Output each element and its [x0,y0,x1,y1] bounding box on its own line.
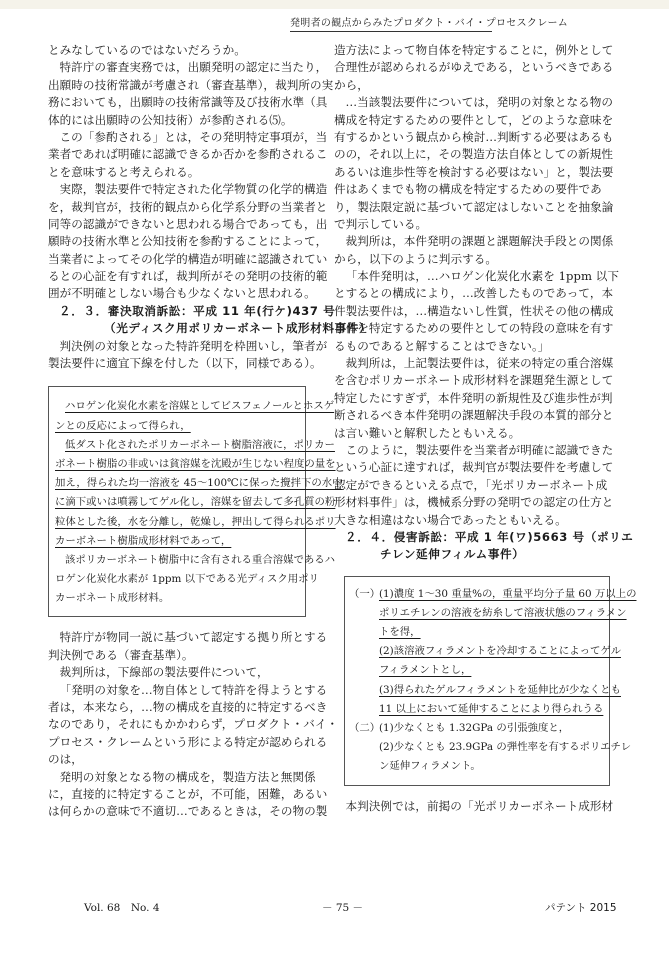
text-line: から，以下のように判示する。 [334,251,610,268]
text-line: 囲が不明確としない場合も少なくないと思われる。 [48,285,306,302]
text-line: 認定ができるといえる点で，「光ポリカーボネート成 [334,477,610,494]
claim-line: (2)該溶液フィラメントを冷却することによってゲル [379,642,636,661]
text-line: 形材料事件」は，機械系分野の発明での認定の仕方と [334,494,610,511]
claim-line: ン延伸フィラメント。 [379,757,631,776]
text-line: に滴下或いは噴霧してゲル化し，溶媒を留去して多孔質の粉 [55,493,299,512]
claim-line: ポリエチレンの溶液を紡糸して溶液状態のフィラメン [379,604,636,623]
text-line: 業者であれば明確に認識できるか否かを参酌されるこ [48,146,306,163]
underlined-text: ハロゲン化炭化水素を溶媒としてビスフェノールとホスゲ [65,400,334,412]
claim-line: (1)少なくとも 1.32GPa の引張強度と， [379,719,631,738]
claim-line: (1)濃度 1～30 重量%の，重量平均分子量 60 万以上の [379,585,636,604]
underlined-text: (1)濃度 1～30 重量%の，重量平均分子量 60 万以上の [379,588,636,600]
footer-journal: パテント 2015 [545,900,617,915]
text-line: 裁判所は，上記製法要件は，従来の特定の重合溶媒 [334,355,610,372]
text-line: のは， [48,751,306,768]
text-line: とするとの構成により，…改善したものであって，本 [334,285,610,302]
text-line: 出願時の技術常識が考慮され（審査基準），裁判所の実 [48,77,306,94]
claim-line: フィラメントとし， [379,661,636,680]
underlined-text: フィラメントとし， [379,664,471,676]
text-line: 判決例の対象となった特許発明を枠囲いし，筆者が [48,338,306,355]
text-line: るとの心証を有すれば，裁判所がその発明の技術的範 [48,268,306,285]
text-line: 同等の認識ができないと思われる場合であっても，出 [48,216,306,233]
left-paragraphs-before-heading: とみなしているのではないだろうか。特許庁の審査実務では，出願発明の認定に当たり，… [48,42,306,303]
underlined-text: に滴下或いは噴霧してゲル化し，溶媒を留去して多孔質の粉 [55,496,335,508]
claim-line: トを得， [379,623,636,642]
text-line: あるいは進歩性等を検討する必要はない」と，製法要 [334,164,610,181]
text-line: ボネート樹脂の非或いは貧溶媒を沈殿が生じない程度の量を [55,455,299,474]
text-line: 発明の対象となる物の構成を，製造方法と無関係 [48,769,306,786]
text-line: このように，製法要件を当業者が明確に認識できた [334,442,610,459]
text-line: 構成を特定するための要件として，どのような意味を [334,112,610,129]
underlined-text: 加え，得られた均一溶液を 45～100℃に保った攪拌下の水中 [55,477,343,489]
claim-group-body: (1)濃度 1～30 重量%の，重量平均分子量 60 万以上のポリエチレンの溶液… [379,585,636,719]
claim-box-polycarbonate: ハロゲン化炭化水素を溶媒としてビスフェノールとホスゲンとの反応によって得られ，低… [48,386,306,617]
text-line: カーボネート樹脂成形材料であって， [55,532,299,551]
section-heading-2-3-line2: （光ディスク用ポリカーボネート成形材料事件） [48,320,306,337]
text-line: のの，それ以上に，その製造方法自体としての新規性 [334,146,610,163]
text-line: 合理性が認められるがゆえである，というべきである [334,59,610,76]
left-paragraphs-after-heading: 判決例の対象となった特許発明を枠囲いし，筆者が製法要件に適宜下線を付した（以下，… [48,338,306,373]
text-line: 自体を特定するための要件としての特段の意味を有す [334,320,610,337]
text-line: 製法要件に適宜下線を付した（以下，同様である）。 [48,355,306,372]
underlined-text: (2)該溶液フィラメントを冷却することによってゲル [379,645,621,657]
text-line: この「参酌される」とは，その発明特定事項が，当 [48,129,306,146]
text-line: とを意味すると考えられる。 [48,164,306,181]
claim-box-polyethylene: （一）(1)濃度 1～30 重量%の，重量平均分子量 60 万以上のポリエチレン… [344,576,610,786]
text-line: 粒体とした後，水を分離し，乾燥し，押出して得られるポリ [55,513,299,532]
claim-line: 11 以上において延伸することにより得られうる [379,700,636,719]
text-line: 「発明の対象を…物自体として特許を得ようとする [48,682,306,699]
text-line: り，製法限定説に基づいて認定はしないことを抽象論 [334,199,610,216]
text-line: 裁判所は，本件発明の課題と課題解決手段との関係 [334,233,610,250]
claim-group-body: (1)少なくとも 1.32GPa の引張強度と，(2)少なくとも 23.9GPa… [379,719,631,777]
left-paragraphs-after-box: 特許庁が物同一説に基づいて認定する拠り所とする判決例である（審査基準）。裁判所は… [48,629,306,820]
text-line: 低ダスト化されたポリカーボネート樹脂溶液に，ポリカー [55,436,299,455]
left-column: とみなしているのではないだろうか。特許庁の審査実務では，出願発明の認定に当たり，… [48,42,306,821]
section-heading-2-3-line1: ２．３．審決取消訴訟：平成 11 年(行ケ)437 号 [48,303,306,320]
text-line: 造方法によって物自体を特定することに，例外として [334,42,610,59]
text-line: は言い難いと解釈したともいえる。 [334,425,610,442]
claim-line: (3)得られたゲルフィラメントを延伸比が少なくとも [379,681,636,700]
text-line: 実際，製法要件で特定された化学物質の化学的構造 [48,181,306,198]
text-line: 特許庁の審査実務では，出願発明の認定に当たり， [48,59,306,76]
text-line: カーボネート成形材料。 [55,589,299,608]
page-top-strip [0,0,669,9]
text-line: は何らかの意味で不適切…であるときは，その物の製 [48,803,306,820]
text-line: プロセス・クレームという形による特定が認められる [48,734,306,751]
claim-box-lines: ハロゲン化炭化水素を溶媒としてビスフェノールとホスゲンとの反応によって得られ，低… [55,397,299,608]
text-line: に，直接的に特定することが，不可能，困難，あるい [48,786,306,803]
text-line: 者は，本来なら，…物の構成を直接的に特定するべき [48,699,306,716]
text-line: 特定したにすぎず，本件発明の新規性及び進歩性が判 [334,390,610,407]
claim-group-label: （二） [349,719,379,777]
text-line: 大きな相違はない場合であったともいえる。 [334,512,610,529]
text-line: 件製法要件は，…構造ないし性質，性状その他の構成 [334,303,610,320]
text-line: 有するかという観点から検討…判断する必要はあるも [334,129,610,146]
right-column: 造方法によって物自体を特定することに，例外として合理性が認められるがゆえである，… [334,42,610,815]
text-line: 断されるべき本件発明の課題解決手段の本質的部分と [334,407,610,424]
text-line: なのであり，それにもかかわらず，プロダクト・バイ・ [48,716,306,733]
text-line: 願時の技術水準と公知技術を参酌することによって， [48,233,306,250]
text-line: を，裁判官が，技術的観点から化学系分野の当業者と [48,199,306,216]
underlined-text: 粒体とした後，水を分離し，乾燥し，押出して得られるポリ [55,516,336,528]
text-line: という心証に達すれば，裁判官が製法要件を考慮して [334,459,610,476]
underlined-text: 11 以上において延伸することにより得られうる [379,703,603,715]
text-line: ンとの反応によって得られ， [55,417,299,436]
section-heading-2-4-line2: チレン延伸フィルム事件） [334,546,610,563]
underlined-text: (3)得られたゲルフィラメントを延伸比が少なくとも [379,684,621,696]
right-paragraphs-before-heading: 造方法によって物自体を特定することに，例外として合理性が認められるがゆえである，… [334,42,610,529]
text-line: を含むポリカーボネート成形材料を課題発生源として [334,372,610,389]
underlined-text: ボネート樹脂の非或いは貧溶媒を沈殿が生じない程度の量を [55,458,336,470]
claim-line: (2)少なくとも 23.9GPa の弾性率を有するポリエチレ [379,738,631,757]
text-line: 体的には出願時の公知技術）が参酌される⑸。 [48,112,306,129]
text-line: 特許庁が物同一説に基づいて認定する拠り所とする [48,629,306,646]
claim-group-label: （一） [349,585,379,719]
claim-group: （二）(1)少なくとも 1.32GPa の引張強度と，(2)少なくとも 23.9… [349,719,603,777]
text-line: 当業者によってその化学的構造が明確に認識されてい [48,251,306,268]
text-line: 該ポリカーボネート樹脂中に含有される重合溶媒であるハ [55,551,299,570]
claim-group: （一）(1)濃度 1～30 重量%の，重量平均分子量 60 万以上のポリエチレン… [349,585,603,719]
text-line: から， [334,77,610,94]
text-line: ロゲン化炭化水素が 1ppm 以下である光ディスク用ポリ [55,570,299,589]
text-line: るものであると解することはできない。」 [334,338,610,355]
text-line: …当該製法要件については，発明の対象となる物の [334,94,610,111]
underlined-text: 低ダスト化されたポリカーボネート樹脂溶液に，ポリカー [65,439,335,451]
underlined-text: ンとの反応によって得られ， [55,420,191,432]
underlined-text: ポリエチレンの溶液を紡糸して溶液状態のフィラメン [379,607,627,619]
running-header: 発明者の観点からみたプロダクト・バイ・プロセスクレーム [290,14,492,32]
underlined-text: トを得， [379,626,421,638]
footer-volume: Vol. 68 No. 4 [84,900,160,915]
text-line: 加え，得られた均一溶液を 45～100℃に保った攪拌下の水中 [55,474,299,493]
text-line: 本判決例では，前掲の「光ポリカーボネート成形材 [334,798,610,815]
text-line: 裁判所は，下線部の製法要件について， [48,664,306,681]
section-heading-2-4-line1: ２．４．侵害訴訟：平成 1 年(ワ)5663 号（ポリエ [334,529,610,546]
right-paragraphs-after-box: 本判決例では，前掲の「光ポリカーボネート成形材 [334,798,610,815]
claim-box-groups: （一）(1)濃度 1～30 重量%の，重量平均分子量 60 万以上のポリエチレン… [349,585,603,777]
underlined-text: カーボネート樹脂成形材料であって， [55,535,231,547]
text-line: 件はあくまでも物の構成を特定するための要件であ [334,181,610,198]
text-line: で判示している。 [334,216,610,233]
footer-page-number: － 75 － [322,900,363,915]
text-line: 務においても，出願時の技術常識等及び技術水準（具 [48,94,306,111]
text-line: 判決例である（審査基準）。 [48,647,306,664]
text-line: とみなしているのではないだろうか。 [48,42,306,59]
text-line: 「本件発明は，…ハロゲン化炭化水素を 1ppm 以下 [334,268,610,285]
text-line: ハロゲン化炭化水素を溶媒としてビスフェノールとホスゲ [55,397,299,416]
